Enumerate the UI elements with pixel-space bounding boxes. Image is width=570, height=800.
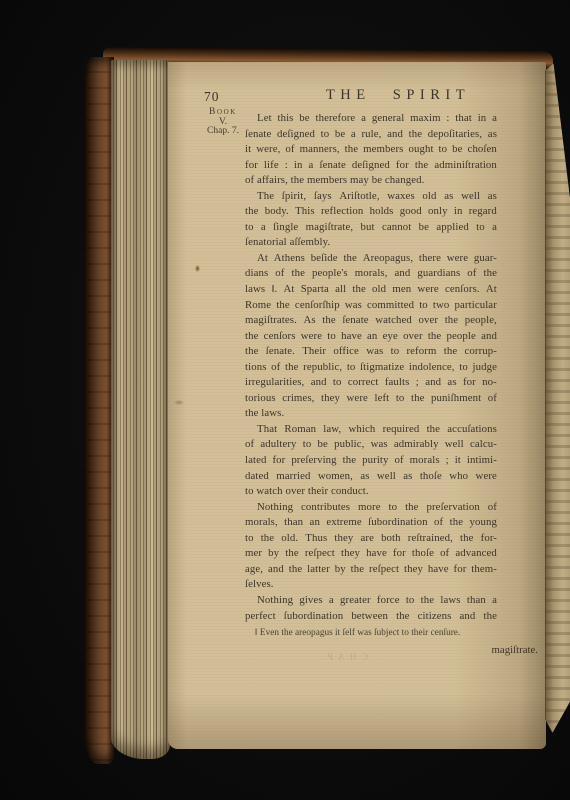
book-page: 70 THE SPIRIT Book V. Chap. 7. Letthisbe… [168,62,546,749]
text-line: theſenate.Theirofficewastoreformthecorru… [245,344,497,360]
text-line: Romethecenſorſhipwascommittedtotwopartic… [245,298,497,314]
book-spine [84,57,114,764]
margin-note: Book V. Chap. 7. [200,108,246,137]
text-line: Nothinggivesagreaterforcetothelawsthana [245,593,497,609]
text-line: tionsoftherepublic,toſtigmatizeindolence… [245,360,497,376]
text-line: diansofthepeople'smorals,andguardiansoft… [245,266,497,282]
page-edges-stack [111,60,170,759]
text-line: magiſtrates.Astheſenatewatchedoverthepeo… [245,313,497,329]
text-line: Nothingcontributesmoretothepreſervationo… [245,500,497,516]
footnote: ‖ Even the areopagus it ſelf was ſubject… [255,628,505,639]
text-line: Theſpirit,ſaysAriſtotle,waxesoldaswellas [245,189,497,205]
text-line: the laws. [245,406,497,422]
foxing-stain [174,400,184,405]
text-line: thecenſorsweretohaveaneyeoverthepeoplean… [245,329,497,345]
facing-page-sliver [545,60,570,750]
margin-note-chapter: Chap. 7. [200,127,246,137]
text-line: ſenatorial aſſembly. [245,235,497,251]
text-line: toriouscrimes,theywerelefttothepuniſhmen… [245,391,497,407]
text-line: ThatRomanlaw,whichrequiredtheaccuſations [245,422,497,438]
text-line: totheold.Thustheyarebothreſtrained,thefo… [245,531,497,547]
text-line: AtAthensbeſidetheAreopagus,therewereguar… [245,251,497,267]
text-line: ſenatedeſignedtobearule,andthedepoſitari… [245,127,497,143]
text-line: age,andthelatterbythereſpecttheyhavefort… [245,562,497,578]
text-line: latedforpreſervingthepurityofmorals;itin… [245,453,497,469]
catchword: magiſtrate. [245,644,538,656]
text-line: Letthisbethereforeageneralmaxim:thatina [245,111,497,127]
text-line: datedmarriedwomen,aswellasthoſewhowere [245,469,497,485]
text-line: ofadulterytobepublic,wasadmirablywellcal… [245,437,497,453]
page-number: 70 [204,89,220,105]
running-title: THE SPIRIT [280,87,516,104]
text-line: to watch over their conduct. [245,484,497,500]
text-line: laws‖.AtSpartaalltheoldmenwerecenſors.At [245,282,497,298]
text-line: of affairs, the members may be changed. [245,173,497,189]
text-line: ſelves. [245,577,497,593]
text-line: morals,thananextremeſubordinationoftheyo… [245,515,497,531]
text-line: forlife:inaſenatedeſignedfortheadminiſtr… [245,158,497,174]
text-block: Letthisbethereforeageneralmaxim:thatinaſ… [245,111,497,624]
foxing-stain [195,265,200,272]
text-line: itwere,ofmanners,themembersoughttobechoſ… [245,142,497,158]
text-line: toaſinglemagiſtrate,butcannotbeappliedto… [245,220,497,236]
text-line: perfectſubordinationbetweenthecitizensan… [245,609,497,625]
text-line: irregularities,andtocorrectfaults;andasf… [245,375,497,391]
text-line: merbythereſpecttheyhaveforthoſeofadvance… [245,546,497,562]
photo-background: 70 THE SPIRIT Book V. Chap. 7. Letthisbe… [0,0,570,800]
text-line: thebody.Thisreflectionholdsgoodonlyinreg… [245,204,497,220]
